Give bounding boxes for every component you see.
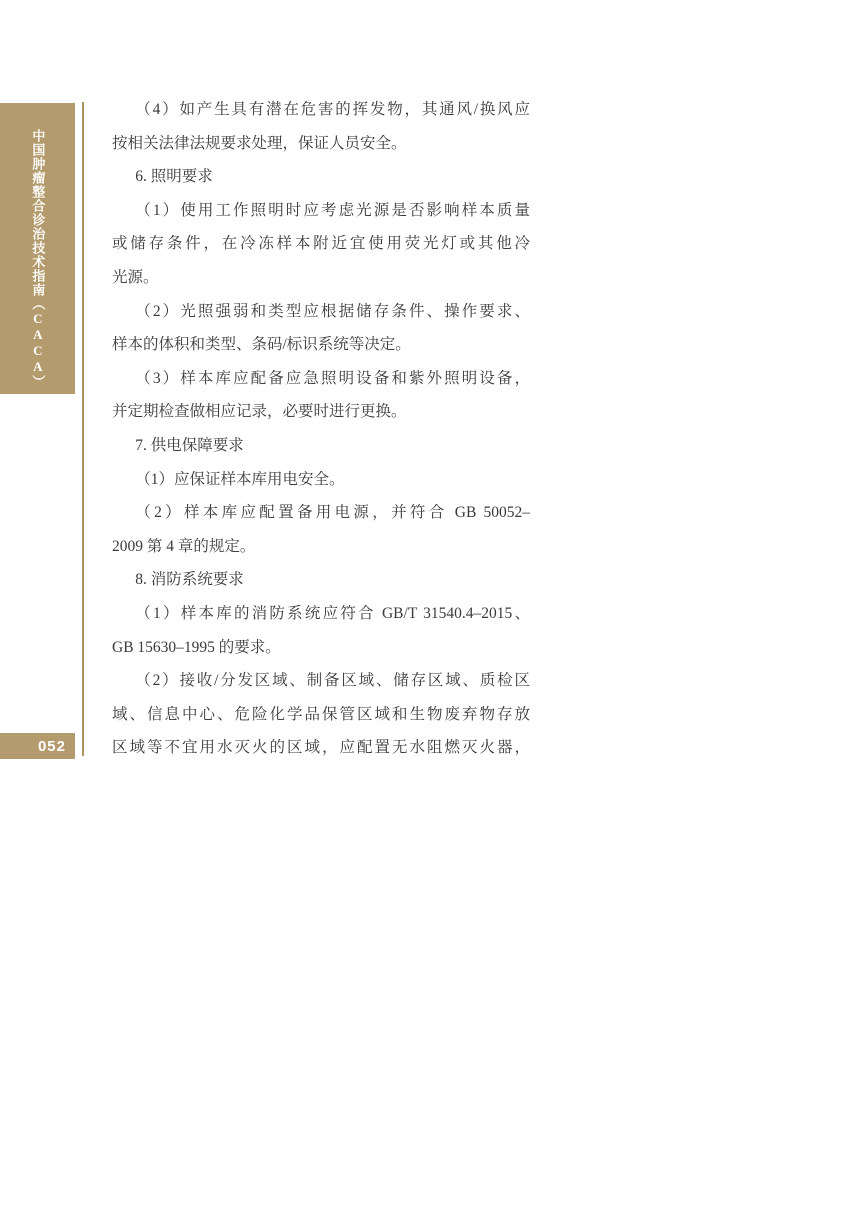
spine-divider-line	[82, 102, 84, 756]
text-line: 区域等不宜用水灭火的区域，应配置无水阻燃灭火器，	[112, 731, 530, 765]
content-column: （4）如产生具有潜在危害的挥发物，其通风/换风应按相关法律法规要求处理，保证人员…	[112, 93, 530, 765]
text-line: GB 15630–1995 的要求。	[112, 631, 530, 665]
text-line: （2）光照强弱和类型应根据储存条件、操作要求、	[112, 295, 530, 329]
text-line: 7. 供电保障要求	[112, 429, 530, 463]
text-line: （4）如产生具有潜在危害的挥发物，其通风/换风应	[112, 93, 530, 127]
text-line: 光源。	[112, 261, 530, 295]
text-line: （1）样本库的消防系统应符合 GB/T 31540.4–2015、	[112, 597, 530, 631]
text-line: 2009 第 4 章的规定。	[112, 530, 530, 564]
text-line: 6. 照明要求	[112, 160, 530, 194]
book-spine: 中国肿瘤整合诊治技术指南（CACA）	[0, 103, 75, 394]
text-line: （2）接收/分发区域、制备区域、储存区域、质检区	[112, 664, 530, 698]
text-line: 并定期检查做相应记录，必要时进行更换。	[112, 395, 530, 429]
text-line: 按相关法律法规要求处理，保证人员安全。	[112, 127, 530, 161]
text-line: 8. 消防系统要求	[112, 563, 530, 597]
text-line: （1）使用工作照明时应考虑光源是否影响样本质量	[112, 194, 530, 228]
text-line: 域、信息中心、危险化学品保管区域和生物废弃物存放	[112, 698, 530, 732]
text-line: （3）样本库应配备应急照明设备和紫外照明设备，	[112, 362, 530, 396]
page-number-badge: 052	[0, 733, 75, 759]
page-number: 052	[38, 738, 66, 755]
spine-title: 中国肿瘤整合诊治技术指南（CACA）	[31, 129, 45, 389]
text-line: 或储存条件，在冷冻样本附近宜使用荧光灯或其他冷	[112, 227, 530, 261]
text-line: 样本的体积和类型、条码/标识系统等决定。	[112, 328, 530, 362]
text-line: （2）样本库应配置备用电源，并符合 GB 50052–	[112, 496, 530, 530]
text-line: （1）应保证样本库用电安全。	[112, 463, 530, 497]
